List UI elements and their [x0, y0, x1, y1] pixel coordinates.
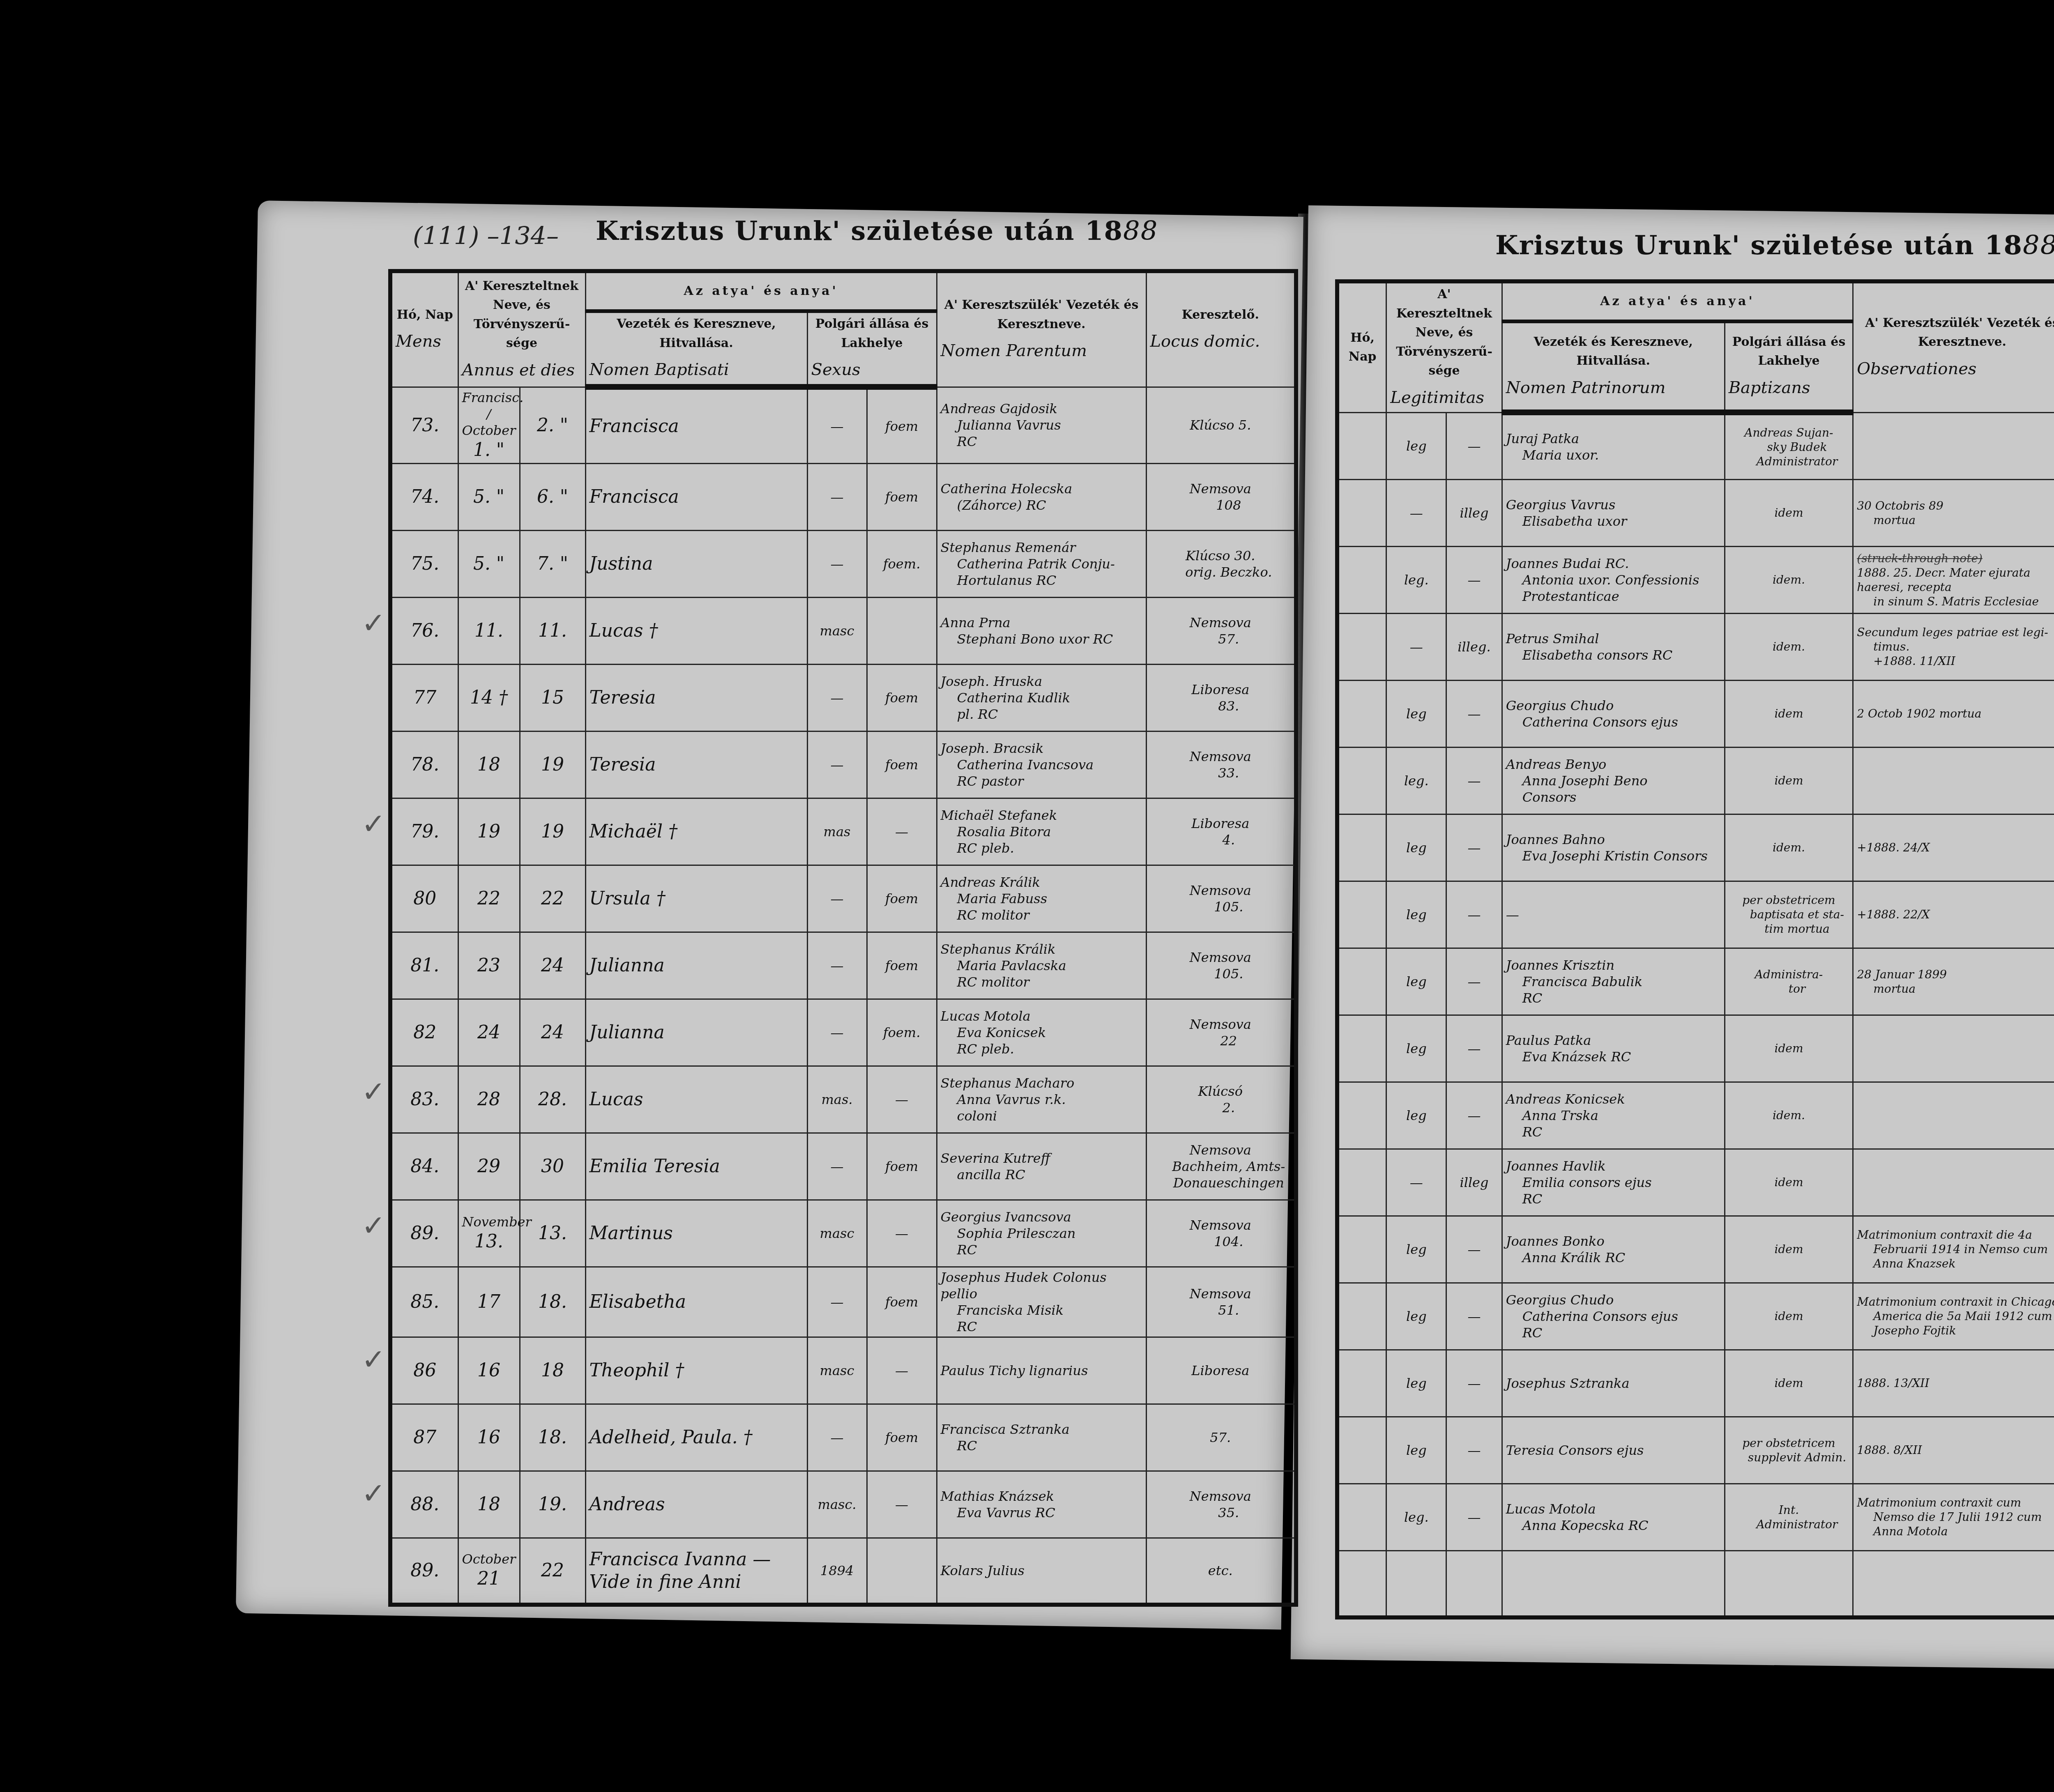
empty-month-day	[1337, 1015, 1386, 1082]
register-entry-row: 83.2828.Lucasmas.—Stephanus MacharoAnna …	[390, 1066, 1296, 1133]
domicile-line: 108	[1150, 497, 1291, 513]
domicile-line: orig. Beczko.	[1150, 564, 1291, 580]
observationes-line: in sinum S. Matris Ecclesiae	[1857, 594, 2054, 609]
godparents: Joannes HavlikEmilia consors ejusRC	[1502, 1149, 1725, 1216]
sex-foem: foem	[867, 865, 937, 932]
sex-foem: —	[867, 1337, 937, 1404]
domicile-line: 57.	[1150, 1429, 1291, 1446]
domicile: etc.	[1146, 1538, 1296, 1605]
baptism-day-line: 22	[524, 1559, 582, 1582]
sex-masc: —	[807, 999, 867, 1066]
sex-masc: —	[807, 932, 867, 999]
domicile: Nemsova105.	[1146, 932, 1296, 999]
title-text: Krisztus Urunk' születése után 18	[1495, 230, 2023, 261]
sex-foem: —	[867, 1066, 937, 1133]
parents-line: RC	[941, 1438, 1142, 1454]
birth-day-value: 14 †	[470, 687, 508, 708]
godparents-line: Joannes Bahno	[1506, 831, 1721, 848]
entry-number-line: 85.	[396, 1291, 454, 1313]
checkmark-icon: ✓	[362, 1343, 386, 1376]
legitimate: leg	[1386, 1216, 1446, 1283]
godparents-line: Georgius Chudo	[1506, 1292, 1721, 1308]
domicile-line: 2.	[1150, 1100, 1291, 1116]
baptised-name-line: Francisca	[589, 415, 804, 437]
entry-number-line: 82	[396, 1021, 454, 1044]
godparents-line: Francisca Babulik	[1506, 973, 1721, 990]
illegitimate-line: —	[1450, 1241, 1498, 1258]
right-page-title: Krisztus Urunk' születése után 1888	[1495, 230, 2054, 261]
baptised-name: Teresia	[585, 731, 807, 798]
sex-masc: masc	[807, 597, 867, 664]
observationes: 30 Octobris 89mortua	[1853, 479, 2054, 546]
baptised-name: Martinus	[585, 1200, 807, 1267]
baptizans-line: idem	[1729, 1041, 1849, 1056]
empty-month-day	[1337, 1350, 1386, 1417]
baptised-name-line: Teresia	[589, 686, 804, 709]
baptism-day-line: 19	[524, 753, 582, 776]
parents-line: pl. RC	[941, 706, 1142, 722]
godparents: Georgius ChudoCatherina Consors ejusRC	[1502, 1283, 1725, 1350]
register-entry-row: leg.—Joannes Budai RC.Antonia uxor. Conf…	[1337, 546, 2054, 613]
illegitimate: —	[1446, 1082, 1502, 1149]
godparents-line: Antonia uxor. Confessionis	[1506, 572, 1721, 588]
parents-line: Mathias Knázsek	[941, 1488, 1142, 1504]
parents-line: Eva Vavrus RC	[941, 1504, 1142, 1521]
observationes: +1888. 22/X	[1853, 881, 2054, 948]
observationes: 28 Januar 1899mortua	[1853, 948, 2054, 1015]
baptizans: idem.	[1725, 613, 1853, 680]
birth-day: November13.	[458, 1200, 520, 1267]
baptised-name-line: Adelheid, Paula. †	[589, 1426, 804, 1449]
baptised-name-line: Michaël †	[589, 820, 804, 843]
legitimate-line: leg	[1390, 706, 1442, 722]
sex-masc: —	[807, 731, 867, 798]
sex-foem-line: foem	[871, 1429, 933, 1446]
parents: Georgius IvancsovaSophia PrilesczanRC	[937, 1200, 1146, 1267]
godparents: Lucas MotolaAnna Kopecska RC	[1502, 1484, 1725, 1550]
godparents-line: —	[1506, 906, 1721, 923]
domicile-line: Klúcsó	[1150, 1083, 1291, 1100]
baptism-day-line: 19.	[524, 1493, 582, 1516]
struck-note: (struck-through note)	[1857, 551, 2054, 566]
parents-line: RC pastor	[941, 773, 1142, 789]
legitimate-line: leg	[1390, 1442, 1442, 1458]
birth-day-value: 21	[477, 1568, 500, 1589]
parents-line: Joseph. Hruska	[941, 673, 1142, 690]
legitimate: leg.	[1386, 747, 1446, 814]
entry-number-line: 81.	[396, 954, 454, 977]
domicile: Nemsova35.	[1146, 1471, 1296, 1538]
birth-day: 19	[458, 798, 520, 865]
godparents: Georgius VavrusElisabetha uxor	[1502, 479, 1725, 546]
baptizans: Administra-tor	[1725, 948, 1853, 1015]
empty-month-day	[1337, 613, 1386, 680]
birth-day: 14 †	[458, 664, 520, 731]
sex-masc: masc.	[807, 1471, 867, 1538]
sex-foem: foem	[867, 664, 937, 731]
entry-number-line: 77	[396, 686, 454, 709]
header-vezetek: Vezeték és Kereszneve, Hitvallása.Nomen …	[1502, 322, 1725, 413]
godparents-line: Georgius Chudo	[1506, 697, 1721, 714]
sex-foem: —	[867, 798, 937, 865]
entry-number: 80	[390, 865, 458, 932]
register-entry-row: leg—Paulus PatkaEva Knázsek RCidem	[1337, 1015, 2054, 1082]
sex-foem-line: foem	[871, 1158, 933, 1175]
baptizans: idem	[1725, 1350, 1853, 1417]
baptism-day: 19	[520, 731, 585, 798]
illegitimate-line: —	[1450, 706, 1498, 722]
entry-number: 74.	[390, 463, 458, 530]
domicile-line: Klúcso 5.	[1150, 417, 1291, 433]
baptism-day-line: 11.	[524, 619, 582, 642]
observationes-line: Secundum leges patriae est legi-	[1857, 625, 2054, 640]
sex-masc: masc	[807, 1200, 867, 1267]
sex-foem: foem	[867, 387, 937, 463]
parents-line: Rosalia Bitora	[941, 824, 1142, 840]
birth-day-value: 18	[477, 1494, 500, 1515]
checkmark-icon: ✓	[362, 807, 386, 841]
empty-month-day	[1337, 1550, 1386, 1617]
birth-day: October21	[458, 1538, 520, 1605]
parents-line: ancilla RC	[941, 1166, 1142, 1183]
sex-foem-line: —	[871, 824, 933, 840]
sex-masc-line: —	[811, 1024, 863, 1041]
illegitimate: —	[1446, 1216, 1502, 1283]
register-entry-row: 871618.Adelheid, Paula. †—foemFrancisca …	[390, 1404, 1296, 1471]
sex-foem	[867, 597, 937, 664]
baptizans-line: Andreas Sujan-	[1729, 426, 1849, 440]
domicile-line: 104.	[1150, 1233, 1291, 1250]
sex-masc: mas.	[807, 1066, 867, 1133]
domicile: Nemsova33.	[1146, 731, 1296, 798]
legitimate-line: leg.	[1390, 572, 1442, 588]
birth-day: 18	[458, 731, 520, 798]
illegitimate: —	[1446, 1283, 1502, 1350]
parents-line: Andreas Králik	[941, 874, 1142, 890]
legitimate: leg	[1386, 1417, 1446, 1484]
baptised-name: Adelheid, Paula. †	[585, 1404, 807, 1471]
empty-month-day	[1337, 1082, 1386, 1149]
birth-day: 5. "	[458, 463, 520, 530]
illegitimate-line: —	[1450, 906, 1498, 923]
baptizans-line: idem	[1729, 506, 1849, 520]
birth-day: 29	[458, 1133, 520, 1200]
sex-masc-line: masc	[811, 623, 863, 639]
domicile: Nemsova105.	[1146, 865, 1296, 932]
godparents: Georgius ChudoCatherina Consors ejus	[1502, 680, 1725, 747]
parents: Lucas MotolaEva KonicsekRC pleb.	[937, 999, 1146, 1066]
sex-masc: —	[807, 387, 867, 463]
illegitimate-line: —	[1450, 973, 1498, 990]
parents-line: Catherina Holecska	[941, 481, 1142, 497]
header-polgari: Polgári állása és LakhelyeSexus	[807, 311, 937, 387]
godparents-line: Teresia Consors ejus	[1506, 1442, 1721, 1458]
illegitimate-line: —	[1450, 840, 1498, 856]
illegitimate-line: —	[1450, 1308, 1498, 1325]
baptism-day: 2. "	[520, 387, 585, 463]
baptism-day: 6. "	[520, 463, 585, 530]
domicile: Liboresa	[1146, 1337, 1296, 1404]
domicile-line: Nemsova	[1150, 614, 1291, 631]
birth-day-value: 5. "	[473, 486, 504, 507]
baptism-day-line: 6. "	[524, 485, 582, 508]
parents-line: Catherina Ivancsova	[941, 757, 1142, 773]
register-entry-row: leg—Teresia Consors ejusper obstetricems…	[1337, 1417, 2054, 1484]
godparents: Joannes BonkoAnna Králik RC	[1502, 1216, 1725, 1283]
godparents-line: Catherina Consors ejus	[1506, 1308, 1721, 1325]
godparents-line: RC	[1506, 1191, 1721, 1207]
register-entry-row	[1337, 1550, 2054, 1617]
godparents-line: Joannes Budai RC.	[1506, 555, 1721, 572]
baptism-day: 24	[520, 932, 585, 999]
parents-line: (Záhorce) RC	[941, 497, 1142, 513]
godparents-line: Paulus Patka	[1506, 1032, 1721, 1049]
baptised-name: Andreas	[585, 1471, 807, 1538]
godparents-line: RC	[1506, 1325, 1721, 1341]
parents-line: Severina Kutreff	[941, 1150, 1142, 1166]
domicile: Klúcso 5.	[1146, 387, 1296, 463]
baptizans-line: Administrator	[1729, 454, 1849, 469]
sex-foem-line: foem	[871, 957, 933, 974]
domicile-line: 105.	[1150, 966, 1291, 982]
observationes: 2 Octob 1902 mortua	[1853, 680, 2054, 747]
domicile-line: 51.	[1150, 1302, 1291, 1318]
legitimate: leg.	[1386, 1484, 1446, 1550]
right-register-table: Hó, Nap A' Kereszteltnek Neve, és Törvén…	[1335, 279, 2054, 1619]
observationes: (struck-through note)1888. 25. Decr. Mat…	[1853, 546, 2054, 613]
baptised-name: Julianna	[585, 932, 807, 999]
sex-masc-line: —	[811, 556, 863, 572]
baptism-day: 19.	[520, 1471, 585, 1538]
header-atya-anya: Az atya' és anya'	[1502, 281, 1853, 322]
sex-masc-line: —	[811, 418, 863, 435]
domicile-line: Nemsova	[1150, 1016, 1291, 1033]
parents-line: Maria Pavlacska	[941, 957, 1142, 974]
sex-masc: mas	[807, 798, 867, 865]
parents-line: Joseph. Bracsik	[941, 740, 1142, 757]
legitimate	[1386, 1550, 1446, 1617]
domicile: Klúcsó2.	[1146, 1066, 1296, 1133]
baptised-name: Lucas	[585, 1066, 807, 1133]
birth-day-value: 17	[477, 1291, 500, 1312]
parents-line: Catherina Kudlik	[941, 690, 1142, 706]
title-year: 88	[1123, 216, 1158, 246]
register-entry-row: —illeg.Petrus SmihalElisabetha consors R…	[1337, 613, 2054, 680]
legitimate-line: leg	[1390, 973, 1442, 990]
observationes	[1853, 1015, 2054, 1082]
baptizans-line: tor	[1729, 982, 1849, 996]
sex-masc: —	[807, 865, 867, 932]
illegitimate: —	[1446, 546, 1502, 613]
observationes-line: Josepho Fojtik	[1857, 1323, 2054, 1338]
register-entry-row: 75.5. "7. "Justina—foem.Stephanus Remená…	[390, 530, 1296, 597]
parents-line: RC pleb.	[941, 840, 1142, 856]
baptism-day-line: 2. "	[524, 414, 582, 437]
baptizans: idem	[1725, 1216, 1853, 1283]
legitimate: leg	[1386, 412, 1446, 479]
domicile-line: Nemsova	[1150, 882, 1291, 899]
baptizans-line: idem	[1729, 706, 1849, 721]
legitimate: leg	[1386, 1350, 1446, 1417]
parents-line: Stephanus Remenár	[941, 539, 1142, 556]
sex-foem: foem.	[867, 999, 937, 1066]
checkmark-icon: ✓	[362, 1209, 386, 1242]
legitimate: —	[1386, 479, 1446, 546]
parents: Kolars Julius	[937, 1538, 1146, 1605]
baptised-name: Francisca Ivanna — Vide in fine Anni	[585, 1538, 807, 1605]
godparents: Teresia Consors ejus	[1502, 1417, 1725, 1484]
register-entry-row: 73.Francisc. / October1. "2. "Francisca—…	[390, 387, 1296, 463]
register-entry-row: 78.1819Teresia—foemJoseph. BracsikCather…	[390, 731, 1296, 798]
godparents-line: RC	[1506, 1124, 1721, 1140]
baptised-name: Justina	[585, 530, 807, 597]
baptism-day: 18	[520, 1337, 585, 1404]
sex-masc-line: 1894	[811, 1562, 863, 1579]
legitimate: leg	[1386, 814, 1446, 881]
baptizans: idem.	[1725, 1082, 1853, 1149]
domicile-line: 22	[1150, 1033, 1291, 1049]
parents-line: Stephani Bono uxor RC	[941, 631, 1142, 647]
sex-foem-line: foem	[871, 690, 933, 706]
domicile-line: Nemsova	[1150, 1217, 1291, 1233]
observationes: Matrimonium contraxit in ChicagoAmerica …	[1853, 1283, 2054, 1350]
baptizans	[1725, 1550, 1853, 1617]
empty-month-day	[1337, 680, 1386, 747]
register-entry-row: leg—Joannes KrisztinFrancisca BabulikRCA…	[1337, 948, 2054, 1015]
baptizans-line: Administrator	[1729, 1517, 1849, 1532]
domicile-line: Donaueschingen	[1150, 1175, 1291, 1191]
header-kereszteltnek: A' Kereszteltnek Neve, és Törvényszerű-s…	[1386, 281, 1502, 412]
domicile-line: Liboresa	[1150, 681, 1291, 698]
entry-number-line: 89.	[396, 1559, 454, 1582]
sex-foem-line: foem.	[871, 1024, 933, 1041]
birth-day-value: 28	[477, 1089, 500, 1110]
entry-number: 81.	[390, 932, 458, 999]
checkmark-icon: ✓	[362, 1075, 386, 1109]
register-entry-row: —illegGeorgius VavrusElisabetha uxoridem…	[1337, 479, 2054, 546]
baptizans: idem	[1725, 1283, 1853, 1350]
observationes-line: Matrimonium contraxit in Chicago	[1857, 1295, 2054, 1309]
godparents: Andreas BenyoAnna Josephi BenoConsors	[1502, 747, 1725, 814]
baptism-day: 30	[520, 1133, 585, 1200]
godparents-line: Protestanticae	[1506, 588, 1721, 605]
baptism-day: 18.	[520, 1404, 585, 1471]
illegitimate-line: —	[1450, 1040, 1498, 1057]
baptised-name-line: Elisabetha	[589, 1291, 804, 1313]
birth-day-value: 23	[477, 955, 500, 976]
left-register-table: Hó, NapMens A' Kereszteltnek Neve, és Tö…	[388, 269, 1298, 1607]
entry-number: 88.	[390, 1471, 458, 1538]
entry-number: 85.	[390, 1267, 458, 1337]
header-ho-nap: Hó, NapMens	[390, 271, 458, 387]
observationes	[1853, 412, 2054, 479]
register-entry-row: 76.11.11.Lucas †mascAnna PrnaStephani Bo…	[390, 597, 1296, 664]
baptizans-line: Int.	[1729, 1503, 1849, 1517]
empty-month-day	[1337, 1216, 1386, 1283]
sex-masc: —	[807, 1133, 867, 1200]
legitimate-line: leg	[1390, 1375, 1442, 1392]
baptised-name-line: Francisca Ivanna — Vide in fine Anni	[589, 1548, 804, 1593]
parents: Severina Kutreffancilla RC	[937, 1133, 1146, 1200]
godparents-line: Andreas Benyo	[1506, 756, 1721, 773]
domicile-line: 105.	[1150, 899, 1291, 915]
sex-masc-line: —	[811, 957, 863, 974]
sex-masc: masc	[807, 1337, 867, 1404]
entry-number: 78.	[390, 731, 458, 798]
empty-month-day	[1337, 814, 1386, 881]
baptised-name: Ursula †	[585, 865, 807, 932]
godparents-line: Catherina Consors ejus	[1506, 714, 1721, 730]
empty-month-day	[1337, 948, 1386, 1015]
observationes: +1888. 24/X	[1853, 814, 2054, 881]
sex-foem-line: foem	[871, 757, 933, 773]
baptised-name-line: Emilia Teresia	[589, 1155, 804, 1178]
birth-day: 24	[458, 999, 520, 1066]
header-keresztszulek: A' Keresztszülék' Vezeték és Keresztneve…	[1853, 281, 2054, 412]
godparents: Paulus PatkaEva Knázsek RC	[1502, 1015, 1725, 1082]
baptism-day: 19	[520, 798, 585, 865]
domicile: Nemsova108	[1146, 463, 1296, 530]
observationes-line: 28 Januar 1899	[1857, 967, 2054, 982]
baptised-name-line: Martinus	[589, 1222, 804, 1245]
parents-line: Franciska Misik	[941, 1302, 1142, 1318]
observationes: Matrimonium contraxit die 4aFebruarii 19…	[1853, 1216, 2054, 1283]
illegitimate: —	[1446, 948, 1502, 1015]
godparents-line: Anna Trska	[1506, 1107, 1721, 1124]
parents: Joseph. BracsikCatherina IvancsovaRC pas…	[937, 731, 1146, 798]
domicile-line: 57.	[1150, 631, 1291, 647]
legitimate-line: leg.	[1390, 773, 1442, 789]
observationes-line: Anna Knazsek	[1857, 1256, 2054, 1271]
observationes: Matrimonium contraxit cumNemso die 17 Ju…	[1853, 1484, 2054, 1550]
header-vezetek: Vezeték és Kereszneve, Hitvallása.Nomen …	[585, 311, 807, 387]
parents: Stephanus RemenárCatherina Patrik Conju-…	[937, 530, 1146, 597]
observationes-line: +1888. 24/X	[1857, 840, 2054, 855]
godparents: Juraj PatkaMaria uxor.	[1502, 412, 1725, 479]
parents-line: RC molitor	[941, 907, 1142, 923]
godparents	[1502, 1550, 1725, 1617]
illegitimate: —	[1446, 1350, 1502, 1417]
baptised-name-line: Francisca	[589, 485, 804, 508]
baptism-day: 7. "	[520, 530, 585, 597]
illegitimate: —	[1446, 814, 1502, 881]
baptised-name-line: Lucas	[589, 1088, 804, 1111]
birth-day: Francisc. / October1. "	[458, 387, 520, 463]
left-page-number: (111) –134–	[413, 222, 559, 251]
empty-month-day	[1337, 1149, 1386, 1216]
godparents: Joannes Budai RC.Antonia uxor. Confessio…	[1502, 546, 1725, 613]
empty-month-day	[1337, 479, 1386, 546]
register-entry-row: leg—Andreas KonicsekAnna TrskaRCidem.	[1337, 1082, 2054, 1149]
register-entry-row: leg—Georgius ChudoCatherina Consors ejus…	[1337, 1283, 2054, 1350]
baptised-name-line: Lucas †	[589, 619, 804, 642]
entry-number: 87	[390, 1404, 458, 1471]
register-entry-row: 79.1919Michaël †mas—Michaël StefanekRosa…	[390, 798, 1296, 865]
entry-number: 76.	[390, 597, 458, 664]
baptised-name: Michaël †	[585, 798, 807, 865]
domicile-line: Nemsova	[1150, 748, 1291, 765]
baptizans: per obstetricembaptisata et sta-tim mort…	[1725, 881, 1853, 948]
birth-day-value: 13.	[474, 1231, 503, 1252]
legitimate: leg	[1386, 1283, 1446, 1350]
birth-day-value: 19	[477, 821, 500, 842]
illegitimate: —	[1446, 881, 1502, 948]
header-kereszteló: Keresztelő.Locus domic.	[1146, 271, 1296, 387]
sex-foem: foem	[867, 932, 937, 999]
baptised-name: Teresia	[585, 664, 807, 731]
domicile: Klúcso 30.orig. Beczko.	[1146, 530, 1296, 597]
domicile: NemsovaBachheim, Amts-Donaueschingen	[1146, 1133, 1296, 1200]
